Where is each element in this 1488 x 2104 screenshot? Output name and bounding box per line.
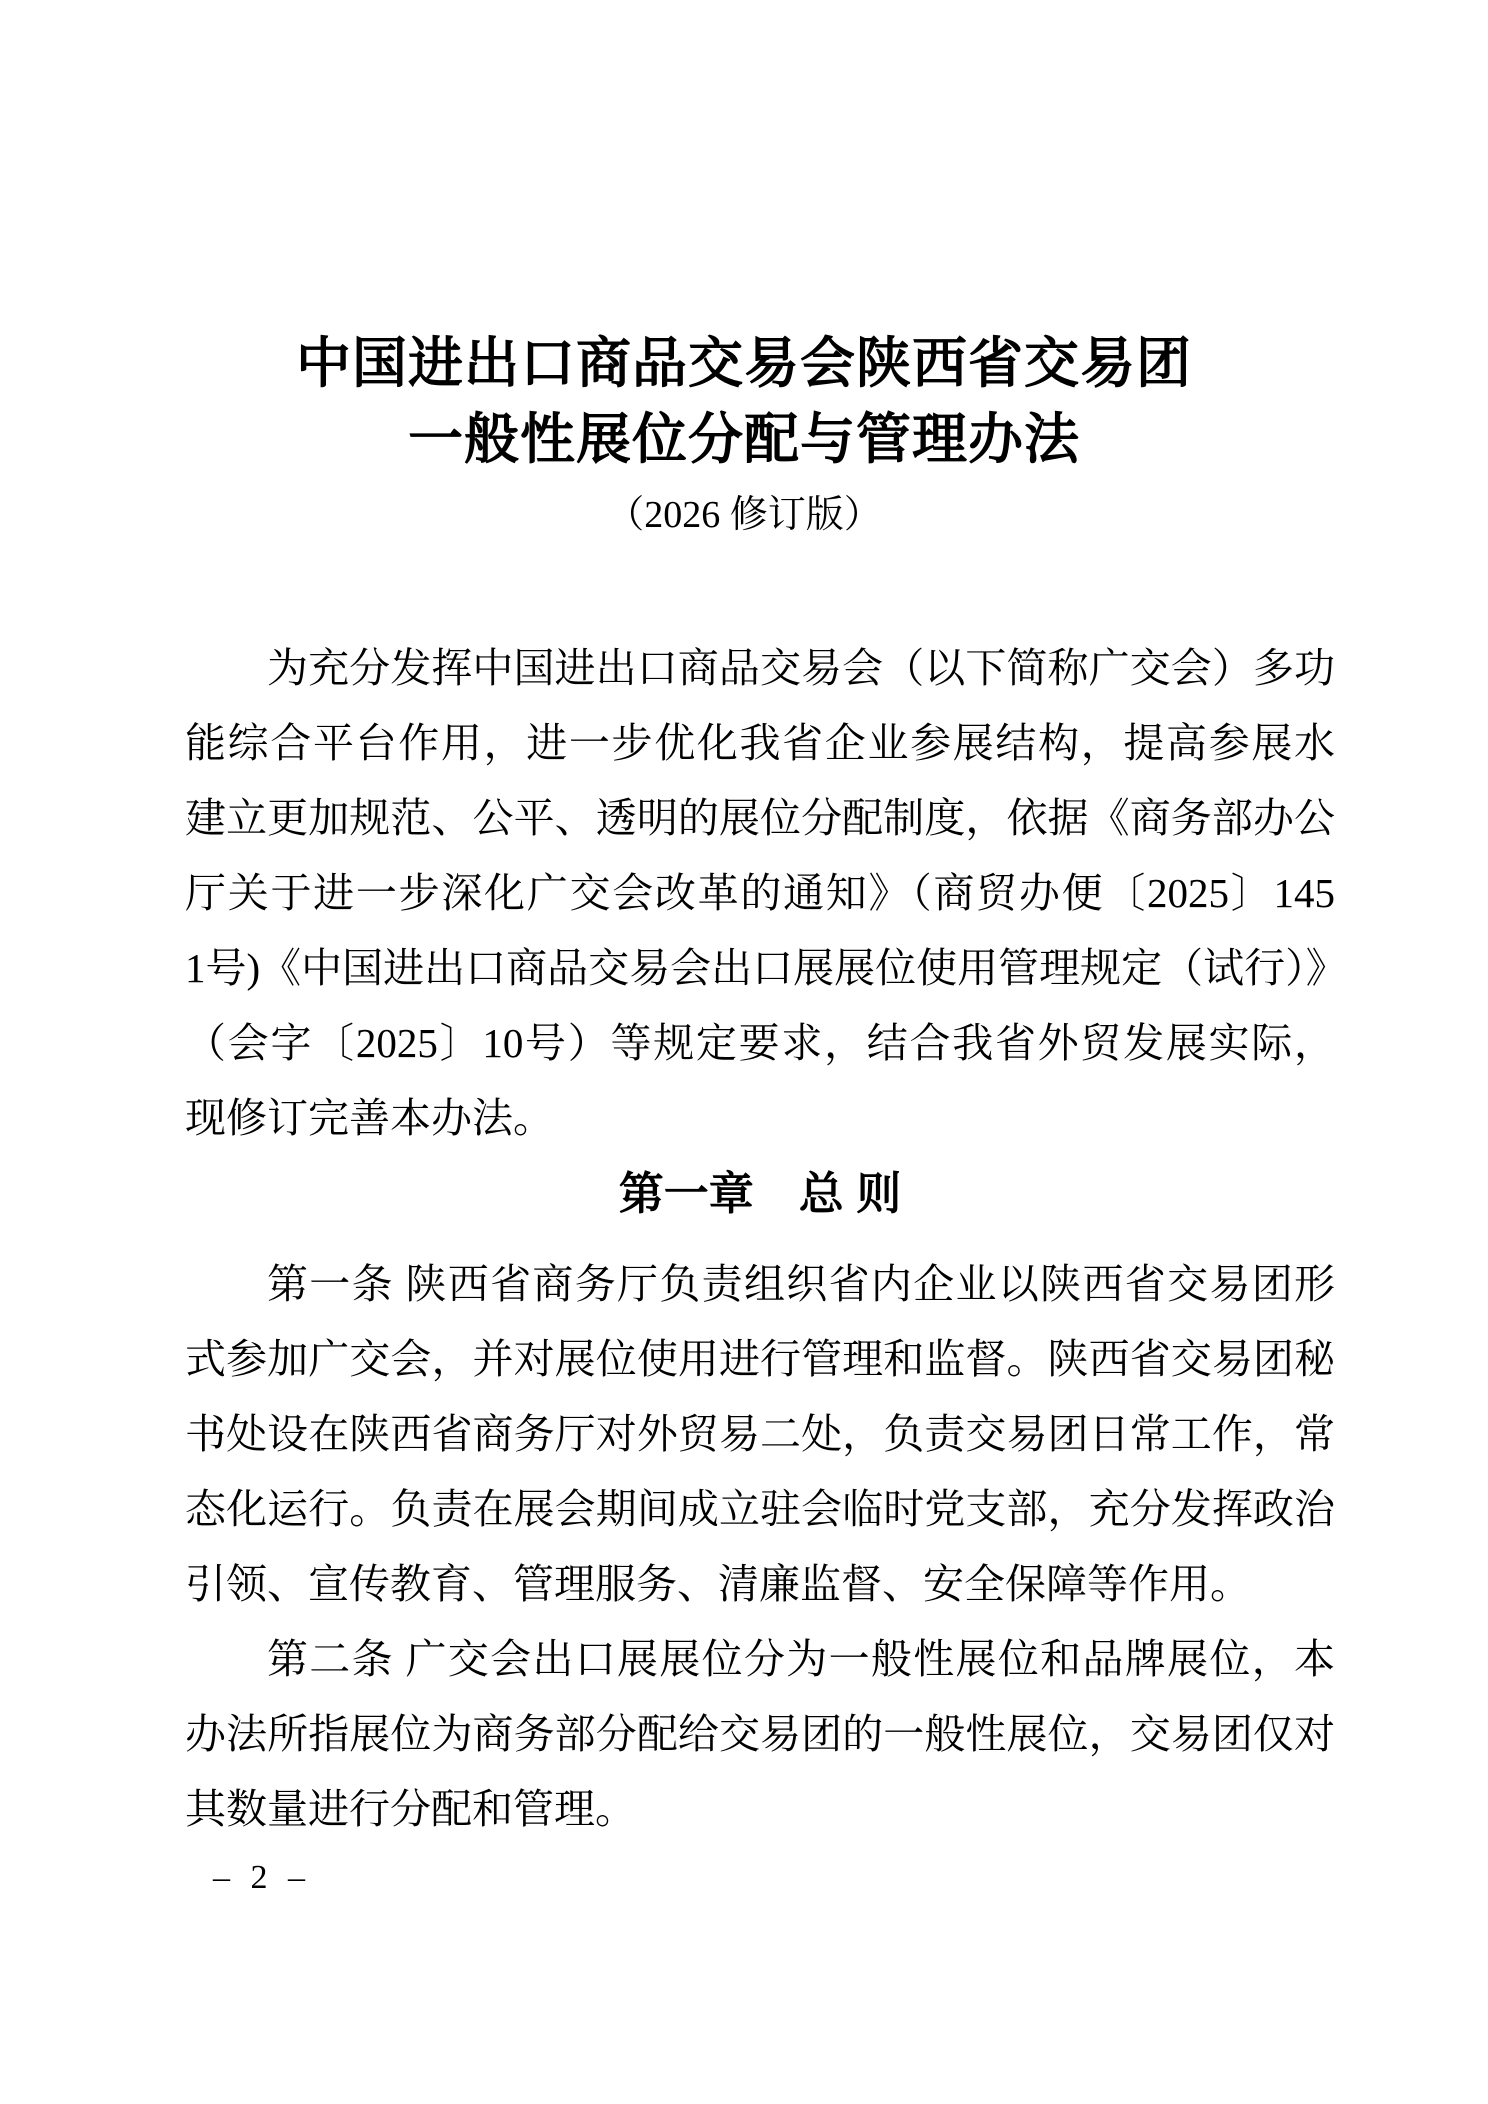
article-2-line-2: 办法所指展位为商务部分配给交易团的一般性展位，交易团仅对 (185, 1697, 1335, 1772)
article-1-paragraph: 第一条 陕西省商务厅负责组织省内企业以陕西省交易团形 式参加广交会，并对展位使用… (185, 1247, 1335, 1622)
intro-line-6: （会字〔2025〕10号）等规定要求，结合我省外贸发展实际， (185, 1006, 1335, 1081)
document-page: 中国进出口商品交易会陕西省交易团 一般性展位分配与管理办法 （2026 修订版）… (0, 0, 1488, 2104)
intro-line-5: 1号)《中国进出口商品交易会出口展展位使用管理规定（试行）》 (185, 931, 1335, 1006)
doc-body: 为充分发挥中国进出口商品交易会（以下简称广交会）多功 能综合平台作用，进一步优化… (185, 631, 1335, 1847)
doc-title: 中国进出口商品交易会陕西省交易团 一般性展位分配与管理办法 (0, 326, 1488, 478)
intro-line-4: 厅关于进一步深化广交会改革的通知》（商贸办便〔2025〕145 (185, 856, 1335, 931)
doc-subtitle: （2026 修订版） (0, 490, 1488, 540)
page-number: – 2 – (213, 1858, 311, 1898)
article-2-line-1: 第二条 广交会出口展展位分为一般性展位和品牌展位，本 (185, 1622, 1335, 1697)
intro-line-7: 现修订完善本办法。 (185, 1081, 1335, 1156)
chapter-1-heading: 第一章 总 则 (185, 1156, 1335, 1231)
article-1-line-3: 书处设在陕西省商务厅对外贸易二处，负责交易团日常工作，常 (185, 1397, 1335, 1472)
intro-line-1: 为充分发挥中国进出口商品交易会（以下简称广交会）多功 (185, 631, 1335, 706)
article-1-line-1: 第一条 陕西省商务厅负责组织省内企业以陕西省交易团形 (185, 1247, 1335, 1322)
doc-title-line-2: 一般性展位分配与管理办法 (0, 402, 1488, 478)
intro-paragraph: 为充分发挥中国进出口商品交易会（以下简称广交会）多功 能综合平台作用，进一步优化… (185, 631, 1335, 1156)
intro-line-2: 能综合平台作用，进一步优化我省企业参展结构，提高参展水平， (185, 706, 1335, 781)
article-2-paragraph: 第二条 广交会出口展展位分为一般性展位和品牌展位，本 办法所指展位为商务部分配给… (185, 1622, 1335, 1847)
intro-line-3: 建立更加规范、公平、透明的展位分配制度，依据《商务部办公 (185, 781, 1335, 856)
article-2-line-3: 其数量进行分配和管理。 (185, 1772, 1335, 1847)
article-1-line-2: 式参加广交会，并对展位使用进行管理和监督。陕西省交易团秘 (185, 1322, 1335, 1397)
article-1-line-4: 态化运行。负责在展会期间成立驻会临时党支部，充分发挥政治 (185, 1472, 1335, 1547)
doc-title-line-1: 中国进出口商品交易会陕西省交易团 (0, 326, 1488, 402)
article-1-line-5: 引领、宣传教育、管理服务、清廉监督、安全保障等作用。 (185, 1547, 1335, 1622)
